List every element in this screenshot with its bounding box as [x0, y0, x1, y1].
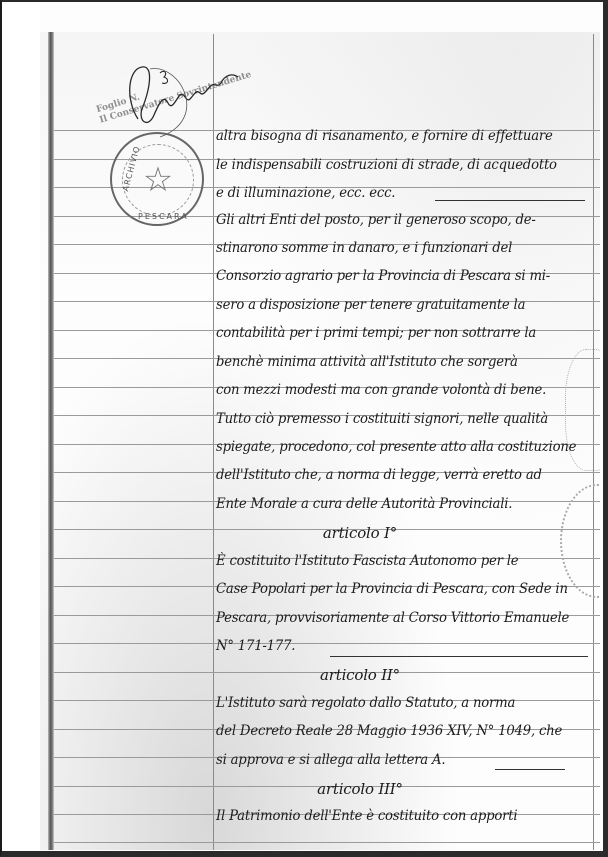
text-line: stinarono somme in danaro, e i funzionar… — [216, 240, 512, 256]
binding-strip — [48, 32, 54, 850]
text-line: È costituito l'Istituto Fascista Autonom… — [216, 553, 518, 569]
text-line: del Decreto Reale 28 Maggio 1936 XIV, N°… — [216, 723, 562, 739]
text-line: Ente Morale a cura delle Autorità Provin… — [216, 496, 512, 512]
line-filler — [495, 769, 565, 770]
text-line: Pescara, provvisoriamente al Corso Vitto… — [216, 610, 569, 626]
article-heading: articolo I° — [40, 524, 600, 542]
text-line: benchè minima attività all'Istituto che … — [216, 354, 518, 370]
article-heading: articolo III° — [40, 780, 600, 798]
text-line: Il Patrimonio dell'Ente è costituito con… — [216, 808, 517, 824]
text-line: si approva e si allega alla lettera A. — [216, 752, 445, 768]
seal-label-bottom: PESCARA — [138, 212, 189, 221]
signature-icon — [120, 59, 250, 139]
text-line: con mezzi modesti ma con grande volontà … — [216, 382, 546, 398]
text-line: e di illuminazione, ecc. ecc. — [216, 185, 395, 201]
text-line: Gli altri Enti del posto, per il generos… — [216, 212, 536, 228]
text-line: contabilità per i primi tempi; per non s… — [216, 325, 536, 341]
line-filler — [330, 656, 588, 657]
text-line: Case Popolari per la Provincia di Pescar… — [216, 581, 568, 597]
ruled-line — [54, 842, 600, 843]
text-line: le indispensabili costruzioni di strade,… — [216, 157, 557, 173]
text-line: Tutto ciò premesso i costituiti signori,… — [216, 411, 548, 427]
ruled-line — [54, 643, 600, 644]
article-heading: articolo II° — [40, 666, 600, 684]
text-line: sero a disposizione per tenere gratuitam… — [216, 297, 525, 313]
archive-seal: ☆ ARCHIVIO PESCARA — [110, 132, 204, 226]
text-line: spiegate, procedono, col presente atto a… — [216, 439, 576, 455]
text-line: N° 171-177. — [216, 638, 295, 654]
text-line: L'Istituto sarà regolato dallo Statuto, … — [216, 695, 515, 711]
text-line: dell'Istituto che, a norma di legge, ver… — [216, 467, 542, 483]
margin-line — [213, 34, 214, 850]
text-line: altra bisogna di risanamento, e fornire … — [216, 128, 553, 144]
line-filler — [435, 200, 585, 201]
text-line: Consorzio agrario per la Provincia di Pe… — [216, 268, 550, 284]
document-page: Foglio N. Il Conservatore Sovrintendente… — [40, 4, 600, 850]
